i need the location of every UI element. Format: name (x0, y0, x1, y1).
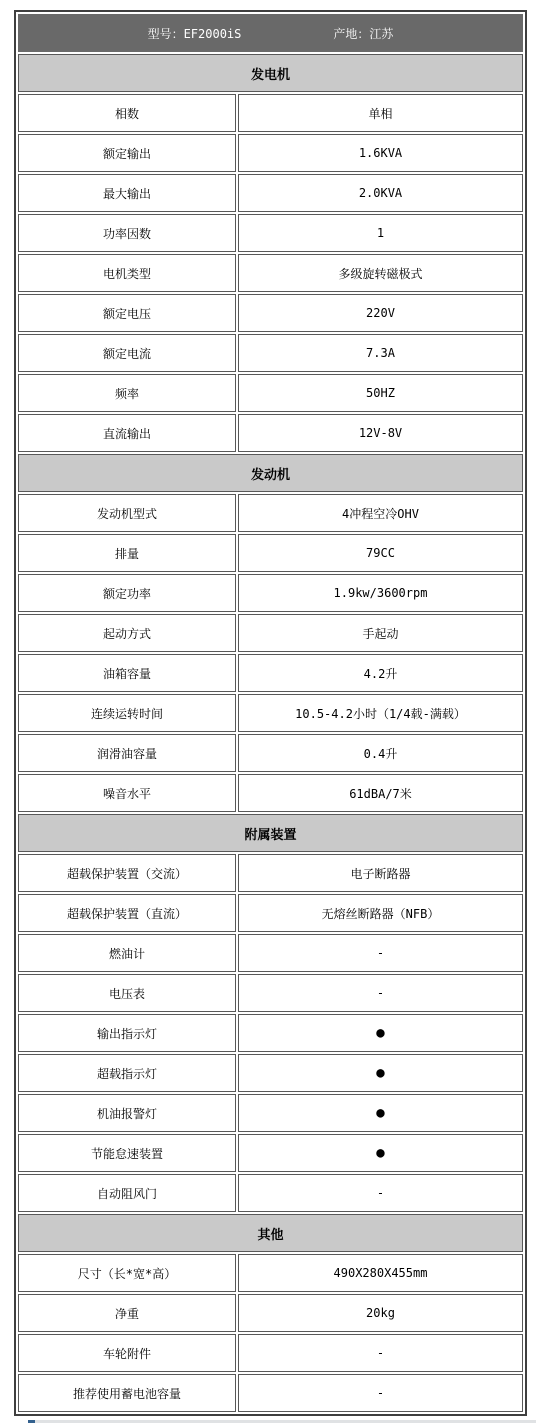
spec-label: 尺寸（长*宽*高） (18, 1254, 236, 1292)
model-text: 型号：EF2000iS (148, 25, 242, 42)
spec-value: 多级旋转磁极式 (238, 254, 523, 292)
section-title: 发电机 (18, 54, 523, 92)
section-header-row: 发动机 (18, 454, 523, 492)
spec-row: 相数单相 (18, 94, 523, 132)
spec-row: 额定输出1.6KVA (18, 134, 523, 172)
spec-row: 连续运转时间10.5-4.2小时（1/4载-满载） (18, 694, 523, 732)
spec-label: 超载保护装置（交流） (18, 854, 236, 892)
spec-value: 4冲程空冷OHV (238, 494, 523, 532)
spec-value: ● (238, 1094, 523, 1132)
spec-row: 额定功率1.9kw/3600rpm (18, 574, 523, 612)
spec-row: 频率50HZ (18, 374, 523, 412)
section-title: 其他 (18, 1214, 523, 1252)
spec-label: 直流输出 (18, 414, 236, 452)
spec-row: 超载保护装置（交流）电子断路器 (18, 854, 523, 892)
spec-row: 润滑油容量0.4升 (18, 734, 523, 772)
spec-label: 额定功率 (18, 574, 236, 612)
model-header-content: 型号：EF2000iS 产地：江苏 (23, 25, 518, 42)
spec-value: 20kg (238, 1294, 523, 1332)
spec-row: 车轮附件- (18, 1334, 523, 1372)
spec-row: 起动方式手起动 (18, 614, 523, 652)
spec-value: 7.3A (238, 334, 523, 372)
spec-row: 排量79CC (18, 534, 523, 572)
spec-label: 自动阻风门 (18, 1174, 236, 1212)
spec-row: 节能怠速装置● (18, 1134, 523, 1172)
spec-label: 超载保护装置（直流） (18, 894, 236, 932)
spec-row: 机油报警灯● (18, 1094, 523, 1132)
spec-label: 相数 (18, 94, 236, 132)
spec-row: 电压表- (18, 974, 523, 1012)
model-header-row: 型号：EF2000iS 产地：江苏 (18, 14, 523, 52)
model-header-cell: 型号：EF2000iS 产地：江苏 (18, 14, 523, 52)
spec-label: 额定输出 (18, 134, 236, 172)
spec-value: - (238, 1174, 523, 1212)
spec-label: 净重 (18, 1294, 236, 1332)
spec-label: 起动方式 (18, 614, 236, 652)
spec-row: 额定电压220V (18, 294, 523, 332)
spec-value: ● (238, 1014, 523, 1052)
spec-value: 50HZ (238, 374, 523, 412)
spec-label: 输出指示灯 (18, 1014, 236, 1052)
spec-table: 型号：EF2000iS 产地：江苏 发电机相数单相额定输出1.6KVA最大输出2… (14, 10, 527, 1416)
spec-row: 额定电流7.3A (18, 334, 523, 372)
spec-value: 1.9kw/3600rpm (238, 574, 523, 612)
spec-label: 油箱容量 (18, 654, 236, 692)
spec-row: 推荐使用蓄电池容量- (18, 1374, 523, 1412)
spec-label: 频率 (18, 374, 236, 412)
spec-value: 2.0KVA (238, 174, 523, 212)
spec-value: 79CC (238, 534, 523, 572)
spec-row: 燃油计- (18, 934, 523, 972)
spec-value: - (238, 1334, 523, 1372)
spec-row: 直流输出12V-8V (18, 414, 523, 452)
spec-row: 功率因数1 (18, 214, 523, 252)
bottom-scrollbar-track (28, 1420, 536, 1423)
spec-value: 电子断路器 (238, 854, 523, 892)
spec-row: 净重20kg (18, 1294, 523, 1332)
spec-label: 额定电压 (18, 294, 236, 332)
spec-value: - (238, 934, 523, 972)
spec-label: 推荐使用蓄电池容量 (18, 1374, 236, 1412)
spec-value: 单相 (238, 94, 523, 132)
spec-value: 1 (238, 214, 523, 252)
section-header-row: 附属装置 (18, 814, 523, 852)
spec-value: 220V (238, 294, 523, 332)
spec-label: 排量 (18, 534, 236, 572)
origin-text: 产地：江苏 (333, 25, 393, 42)
spec-label: 发动机型式 (18, 494, 236, 532)
spec-label: 连续运转时间 (18, 694, 236, 732)
spec-label: 超载指示灯 (18, 1054, 236, 1092)
spec-label: 润滑油容量 (18, 734, 236, 772)
spec-value: 1.6KVA (238, 134, 523, 172)
section-header-row: 发电机 (18, 54, 523, 92)
spec-value: 手起动 (238, 614, 523, 652)
section-header-row: 其他 (18, 1214, 523, 1252)
spec-value: 10.5-4.2小时（1/4载-满载） (238, 694, 523, 732)
spec-label: 燃油计 (18, 934, 236, 972)
section-title: 附属装置 (18, 814, 523, 852)
spec-row: 尺寸（长*宽*高）490X280X455mm (18, 1254, 523, 1292)
spec-value: 61dBA/7米 (238, 774, 523, 812)
spec-value: - (238, 1374, 523, 1412)
spec-label: 噪音水平 (18, 774, 236, 812)
spec-row: 超载保护装置（直流）无熔丝断路器（NFB） (18, 894, 523, 932)
spec-label: 机油报警灯 (18, 1094, 236, 1132)
spec-row: 发动机型式4冲程空冷OHV (18, 494, 523, 532)
spec-value: ● (238, 1054, 523, 1092)
spec-label: 额定电流 (18, 334, 236, 372)
spec-page: 型号：EF2000iS 产地：江苏 发电机相数单相额定输出1.6KVA最大输出2… (0, 0, 536, 1423)
spec-value: ● (238, 1134, 523, 1172)
spec-row: 输出指示灯● (18, 1014, 523, 1052)
spec-value: - (238, 974, 523, 1012)
spec-row: 电机类型多级旋转磁极式 (18, 254, 523, 292)
spec-row: 油箱容量4.2升 (18, 654, 523, 692)
spec-label: 电机类型 (18, 254, 236, 292)
section-title: 发动机 (18, 454, 523, 492)
spec-row: 噪音水平61dBA/7米 (18, 774, 523, 812)
bottom-scrollbar-thumb (28, 1420, 35, 1423)
spec-value: 4.2升 (238, 654, 523, 692)
spec-value: 0.4升 (238, 734, 523, 772)
spec-row: 最大输出2.0KVA (18, 174, 523, 212)
spec-value: 无熔丝断路器（NFB） (238, 894, 523, 932)
spec-row: 超载指示灯● (18, 1054, 523, 1092)
spec-value: 12V-8V (238, 414, 523, 452)
spec-row: 自动阻风门- (18, 1174, 523, 1212)
spec-label: 功率因数 (18, 214, 236, 252)
spec-label: 车轮附件 (18, 1334, 236, 1372)
spec-label: 节能怠速装置 (18, 1134, 236, 1172)
spec-label: 最大输出 (18, 174, 236, 212)
spec-label: 电压表 (18, 974, 236, 1012)
spec-value: 490X280X455mm (238, 1254, 523, 1292)
